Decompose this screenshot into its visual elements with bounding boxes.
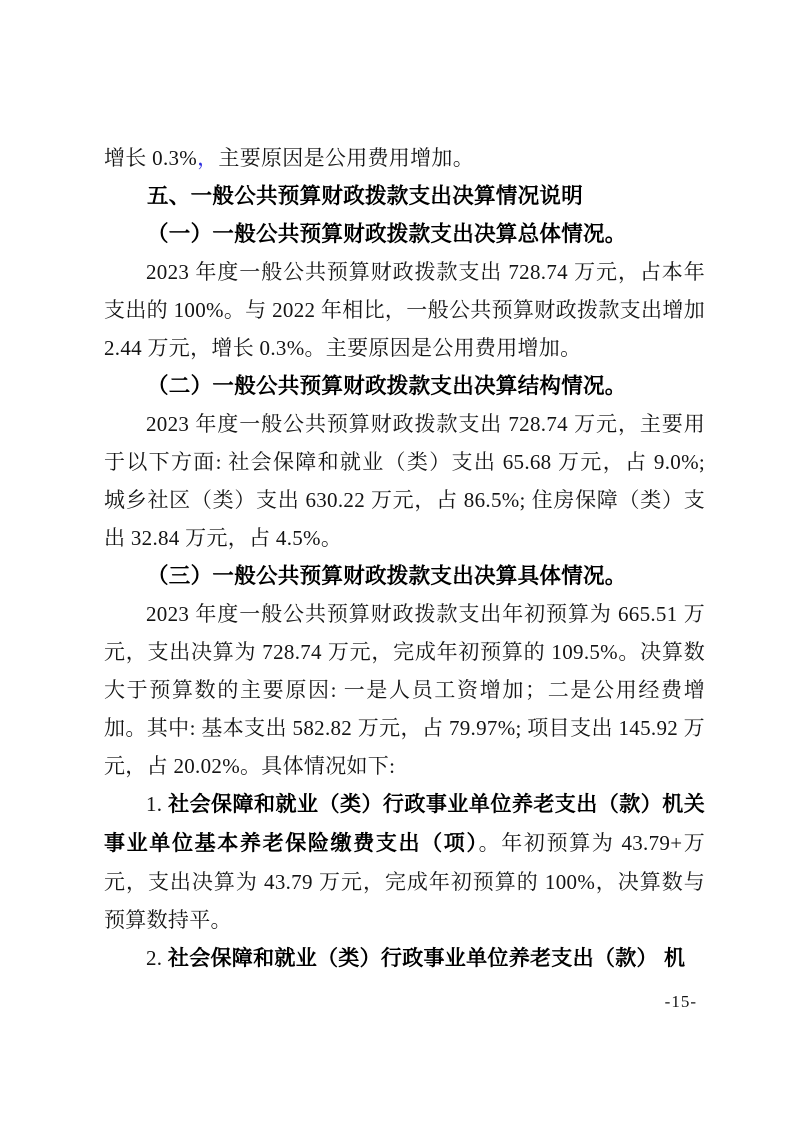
carryover-text-before: 增长 0.3% [104,146,197,170]
item-2-number: 2. [146,946,168,970]
paragraph-structure-situation: 2023 年度一般公共预算财政拨款支出 728.74 万元，主要用于以下方面: … [104,405,705,557]
paragraph-item-1: 1. 社会保障和就业（类）行政事业单位养老支出（款）机关事业单位基本养老保险缴费… [104,785,705,939]
paragraph-item-2: 2. 社会保障和就业（类）行政事业单位养老支出（款） 机 [104,939,705,978]
carryover-text-after: 主要原因是公用费用增加。 [218,146,474,170]
subsection-heading-two: （二）一般公共预算财政拨款支出决算结构情况。 [104,367,705,405]
document-body: 增长 0.3%，主要原因是公用费用增加。 五、一般公共预算财政拨款支出决算情况说… [104,139,705,978]
paragraph-carryover: 增长 0.3%，主要原因是公用费用增加。 [104,139,705,177]
document-page: 增长 0.3%，主要原因是公用费用增加。 五、一般公共预算财政拨款支出决算情况说… [0,0,793,1122]
section-heading-five: 五、一般公共预算财政拨款支出决算情况说明 [104,177,705,215]
subsection-heading-one: （一）一般公共预算财政拨款支出决算总体情况。 [104,215,705,253]
blue-comma: ， [197,146,218,170]
paragraph-detail-situation: 2023 年度一般公共预算财政拨款支出年初预算为 665.51 万元，支出决算为… [104,595,705,785]
subsection-heading-three: （三）一般公共预算财政拨款支出决算具体情况。 [104,557,705,595]
page-number: -15- [665,992,697,1012]
item-2-title: 社会保障和就业（类）行政事业单位养老支出（款） 机 [168,947,685,970]
paragraph-overall-situation: 2023 年度一般公共预算财政拨款支出 728.74 万元，占本年支出的 100… [104,253,705,367]
item-1-number: 1. [146,792,168,816]
